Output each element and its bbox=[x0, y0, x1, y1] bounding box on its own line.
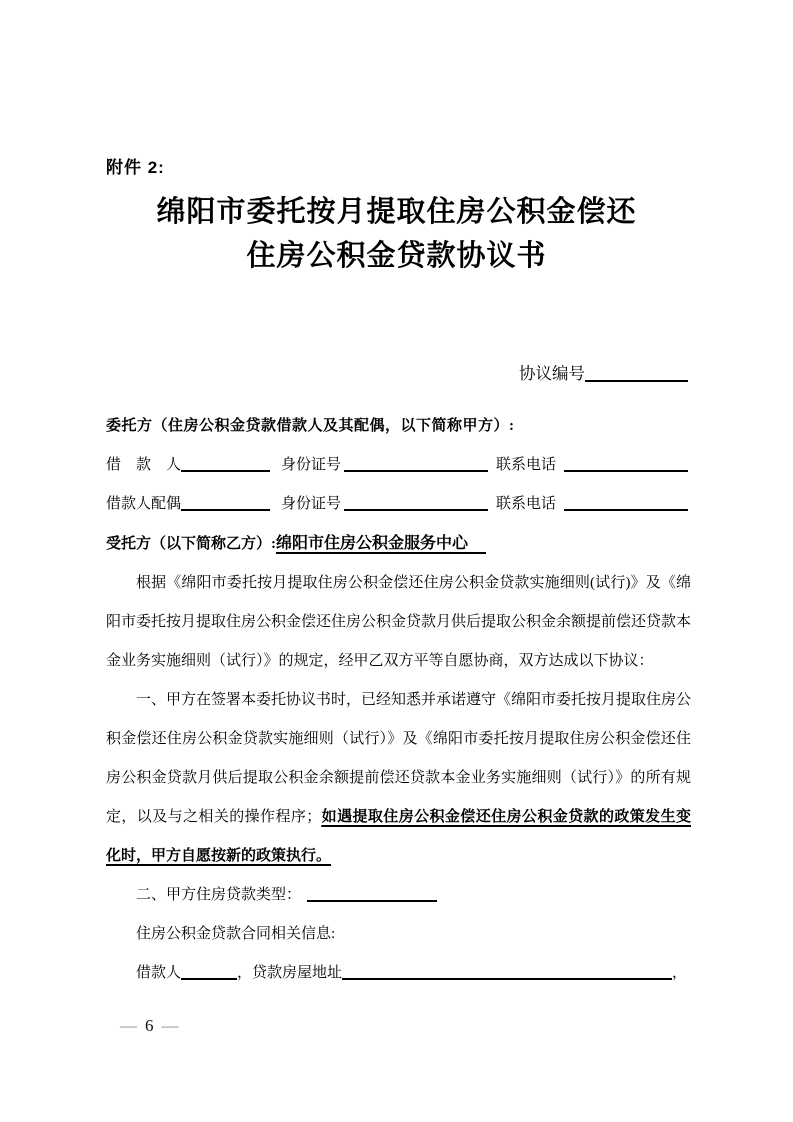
borrower-phone-label: 联系电话 bbox=[496, 457, 556, 473]
entrust-party-heading: 委托方（住房公积金贷款借款人及其配偶，以下简称甲方）: bbox=[106, 407, 691, 446]
spouse-phone-blank bbox=[564, 497, 688, 511]
borrower-name-blank bbox=[181, 458, 270, 472]
agreement-number-line: 协议编号 bbox=[519, 360, 688, 384]
spouse-name-label: 借款人配偶 bbox=[106, 496, 181, 512]
attachment-label: 附件 2: bbox=[106, 153, 165, 178]
title-line2: 住房公积金贷款协议书 bbox=[0, 234, 793, 278]
agreement-number-blank bbox=[585, 368, 688, 382]
paragraph-commitment: 一、甲方在签署本委托协议书时，已经知悉并承诺遵守《绵阳市委托按月提取住房公积金偿… bbox=[106, 681, 691, 876]
document-title: 绵阳市委托按月提取住房公积金偿还 住房公积金贷款协议书 bbox=[0, 190, 793, 278]
borrower-phone-blank bbox=[564, 458, 688, 472]
commitment-text: 一、甲方在签署本委托协议书时，已经知悉并承诺遵守《绵阳市委托按月提取住房公积金偿… bbox=[106, 692, 691, 825]
spouse-row: 借款人配偶身份证号联系电话 bbox=[106, 485, 691, 524]
trustee-heading: 受托方（以下简称乙方）: bbox=[106, 536, 276, 552]
address-borrower-label: 借款人 bbox=[136, 965, 181, 981]
borrower-address-line: 借款人，贷款房屋地址， bbox=[106, 954, 691, 993]
address-blank bbox=[342, 966, 672, 980]
address-borrower-blank bbox=[181, 966, 237, 980]
agreement-number-label: 协议编号 bbox=[519, 364, 585, 383]
title-line1: 绵阳市委托按月提取住房公积金偿还 bbox=[0, 190, 793, 234]
page-number-value: 6 bbox=[145, 1016, 154, 1035]
spouse-phone-label: 联系电话 bbox=[496, 496, 556, 512]
page-number-dash-right: — bbox=[162, 1016, 179, 1035]
loan-type-line: 二、甲方住房贷款类型： bbox=[106, 876, 691, 915]
page-number: —6— bbox=[120, 1016, 179, 1036]
trustee-name: 绵阳市住房公积金服务中心 bbox=[276, 535, 486, 554]
trustee-line: 受托方（以下简称乙方）:绵阳市住房公积金服务中心 bbox=[106, 524, 691, 564]
spouse-id-label: 身份证号 bbox=[281, 496, 341, 512]
document-page: 附件 2: 绵阳市委托按月提取住房公积金偿还 住房公积金贷款协议书 协议编号 委… bbox=[0, 0, 793, 1122]
page-number-dash-left: — bbox=[120, 1016, 137, 1035]
borrower-name-label: 借 款 人 bbox=[106, 457, 181, 473]
borrower-id-label: 身份证号 bbox=[281, 457, 341, 473]
address-tail: ， bbox=[672, 965, 687, 981]
spouse-name-blank bbox=[181, 497, 270, 511]
loan-type-blank bbox=[307, 888, 437, 902]
contract-info-line: 住房公积金贷款合同相关信息: bbox=[106, 915, 691, 954]
paragraph-basis: 根据《绵阳市委托按月提取住房公积金偿还住房公积金贷款实施细则(试行)》及《绵阳市… bbox=[106, 564, 691, 681]
spouse-id-blank bbox=[344, 497, 488, 511]
borrower-row: 借 款 人身份证号联系电话 bbox=[106, 446, 691, 485]
document-body: 委托方（住房公积金贷款借款人及其配偶，以下简称甲方）: 借 款 人身份证号联系电… bbox=[106, 407, 691, 993]
borrower-id-blank bbox=[344, 458, 488, 472]
address-middle-label: ，贷款房屋地址 bbox=[237, 965, 342, 981]
loan-type-label: 二、甲方住房贷款类型： bbox=[136, 887, 301, 903]
